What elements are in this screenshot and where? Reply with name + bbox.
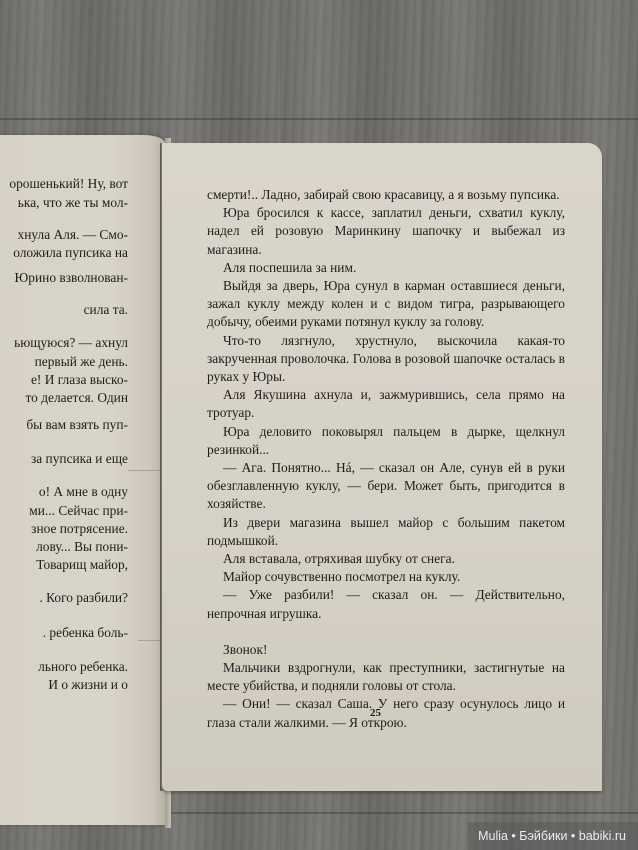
left-page-line: Юрино взволнован- [15,269,128,287]
left-page-text: орошенький! Ну, вотька, что же ты мол-хн… [0,0,128,850]
left-page-line: . Кого разбили? [39,589,128,607]
left-page-line: Товарищ майор, [36,556,128,574]
left-page-line: льного ребенка. [38,658,128,676]
left-page-line: первый же день. [35,353,128,371]
paragraph: Аля поспешила за ним. [207,259,565,277]
paragraph: Аля Якушина ахнула и, зажмурившись, села… [207,386,565,422]
left-page-line: за пупсика и еще [31,450,128,468]
left-page-line: е! И глаза выско- [31,371,128,389]
paragraph: смерти!.. Ладно, забирай свою красавицу,… [207,186,565,204]
paragraph: — Они! — сказал Саша. У него сразу осуну… [207,695,565,731]
paragraph: — Уже разбили! — сказал он. — Действител… [207,586,565,622]
left-page-line: то делается. Один [26,389,129,407]
left-page-line: хнула Аля. — Смо- [18,226,128,244]
paragraph: Юра бросился к кассе, заплатил деньги, с… [207,204,565,259]
paragraph: Юра деловито поковырял пальцем в дырке, … [207,423,565,459]
left-page-line: ми... Сейчас при- [29,502,128,520]
left-page-line: лову... Вы пони- [36,538,128,556]
paragraph: Мальчики вздрогнули, как преступники, за… [207,659,565,695]
paragraph: — Ага. Понятно... Нá, — сказал он Але, с… [207,459,565,514]
left-page-line: сила та. [84,301,128,319]
section-break [207,623,565,641]
right-page-text: смерти!.. Ладно, забирай свою красавицу,… [207,186,565,732]
watermark: Mulia • Бэйбики • babiki.ru [468,822,638,850]
paragraph: Майор сочувственно посмотрел на куклу. [207,568,565,586]
paragraph: Аля вставала, отряхивая шубку от снега. [207,550,565,568]
paragraph: Что-то лязгнуло, хрустнуло, выскочила ка… [207,332,565,387]
page-number: 25 [370,707,381,719]
left-page-line: оложила пупсика на [13,244,128,262]
left-page-line: о! А мне в одну [39,483,128,501]
left-page-line: орошенький! Ну, вот [9,175,128,193]
left-page-line: бы вам взять пуп- [26,416,128,434]
left-page-line: И о жизни и о [48,676,128,694]
left-page-line: зное потрясение. [31,520,128,538]
left-page-line: ьющуюся? — ахнул [14,334,128,352]
paragraph: Звонок! [207,641,565,659]
paragraph: Из двери магазина вышел майор с большим … [207,514,565,550]
left-page-line: ька, что же ты мол- [18,194,128,212]
left-page-line: . ребенка боль- [43,624,128,642]
paragraph: Выйдя за дверь, Юра сунул в карман остав… [207,277,565,332]
